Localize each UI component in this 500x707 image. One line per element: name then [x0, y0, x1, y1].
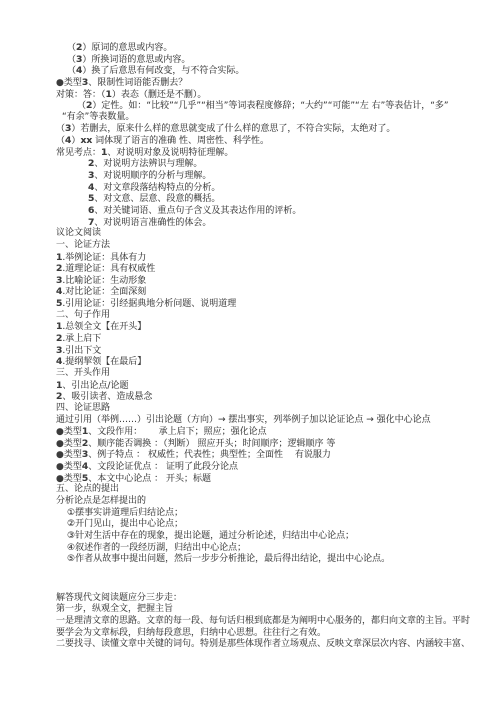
text-line: 5、对文意、层意、段意的概括。: [88, 193, 474, 205]
text-line: 二、句子作用: [56, 310, 474, 322]
text-line: ●类型3、限制性词语能否删去？: [56, 77, 474, 89]
text-line: 5.引用论证：引经据典地分析问题、说明道理: [56, 298, 474, 310]
text-line: 1、引出论点/论题: [56, 380, 474, 392]
text-line: 第一步，纵观全文，把握主旨: [56, 604, 474, 616]
text-line: 通过引用（举例……）引出论题（方向）→ 摆出事实，列举例子加以论证论点 → 强化…: [56, 415, 474, 427]
text-line: 五、论点的提出: [56, 484, 474, 496]
text-line: （3）所换词语的意思或内容。: [67, 54, 474, 66]
text-line: ⑤作者从故事中提出问题，然后一步步分析推论，最后得出结论，提出中心论点。: [67, 554, 474, 566]
text-line: 一、论证方法: [56, 240, 474, 252]
text-line: ●类型4、文段论证优点 ： 证明了此段分论点: [56, 461, 474, 473]
text-line: 1.总领全文【在开头】: [56, 321, 474, 333]
text-line: ①摆事实讲道理后归结论点；: [67, 508, 474, 520]
text-line: ②开门见山，提出中心论点；: [67, 519, 474, 531]
text-line: ●类型3、例子特点 ： 权威性；代表性；典型性；全面性 有说服力: [56, 449, 474, 461]
text-line: 3、对说明顺序的分析与理解。: [88, 170, 474, 182]
text-line: 3.比喻论证：生动形象: [56, 275, 474, 287]
text-line: 4、对文章段落结构特点的分析。: [88, 182, 474, 194]
text-line: 三、开头作用: [56, 368, 474, 380]
text-line: 2.道理论证：具有权威性: [56, 263, 474, 275]
text-line: 一是理清文章的思路。文章的每一段、每句话归根到底都是为阐明中心服务的，都归向文章…: [56, 616, 474, 628]
text-line: ●类型2、顺序能否调换 ：（判断） 照应开头；时间顺序；逻辑顺序 等: [56, 438, 474, 450]
text-line: 7、对说明语言准确性的体会。: [88, 217, 474, 229]
text-line: （2）定性。如：“比较”“几乎”“相当”等词表程度修辞；“大约”“可能”“左 右…: [77, 100, 474, 112]
text-line: 分析论点是怎样提出的: [56, 496, 474, 508]
text-line: 2、对说明方法辨识与理解。: [88, 158, 474, 170]
text-line: 2.承上启下: [56, 333, 474, 345]
text-line: 四、论证思路: [56, 403, 474, 415]
text-line: 1.举例论证：具体有力: [56, 252, 474, 264]
text-line: 要学会为文章标段，归纳每段意思，归纳中心思想。往往行之有效。: [56, 628, 474, 640]
text-line: ③针对生活中存在的现象，提出论题，通过分析论述，归结出中心论点；: [67, 531, 474, 543]
text-line: ●类型5、本文中心论点 ： 开头；标题: [56, 473, 474, 485]
text-line: 2、吸引读者、造成悬念: [56, 391, 474, 403]
text-line: 4.对比论证：全面深刻: [56, 286, 474, 298]
text-line: 二要找寻、读懂文章中关键的词句。特别是那些体现作者立场观点、反映文章深层次内容、…: [56, 639, 474, 651]
text-line: 6、对关键词语、重点句子含义及其表达作用的评析。: [88, 205, 474, 217]
text-line: ④叙述作者的一段经历湖，归结出中心论点；: [67, 543, 474, 555]
text-line: （4）xx 词体现了语言的准确 性、周密性、科学性。: [56, 135, 474, 147]
text-line: 对策：答：（1）表态（删还是不删）。: [56, 89, 474, 101]
document-page: （2）原词的意思或内容。（3）所换词语的意思或内容。（4）换了后意思有何改变，与…: [0, 0, 500, 707]
document-body: （2）原词的意思或内容。（3）所换词语的意思或内容。（4）换了后意思有何改变，与…: [56, 42, 474, 651]
text-line: 议论文阅读: [56, 228, 474, 240]
text-line: “有余”等表数量。: [62, 112, 474, 124]
text-line: 常见考点：1、对说明对象及说明特征理解。: [56, 147, 474, 159]
text-line: ●类型1、文段作用： 承上启下；照应；强化论点: [56, 426, 474, 438]
text-line: 3.引出下文: [56, 345, 474, 357]
text-line: 解答现代文阅读题应分三步走：: [56, 593, 474, 605]
text-line: （4）换了后意思有何改变，与不符合实际。: [67, 65, 474, 77]
text-line: 4.提纲挈领【在最后】: [56, 356, 474, 368]
text-line: （3）若删去，原来什么样的意思就变成了什么样的意思了，不符合实际，太绝对了。: [56, 123, 474, 135]
text-line: （2）原词的意思或内容。: [67, 42, 474, 54]
